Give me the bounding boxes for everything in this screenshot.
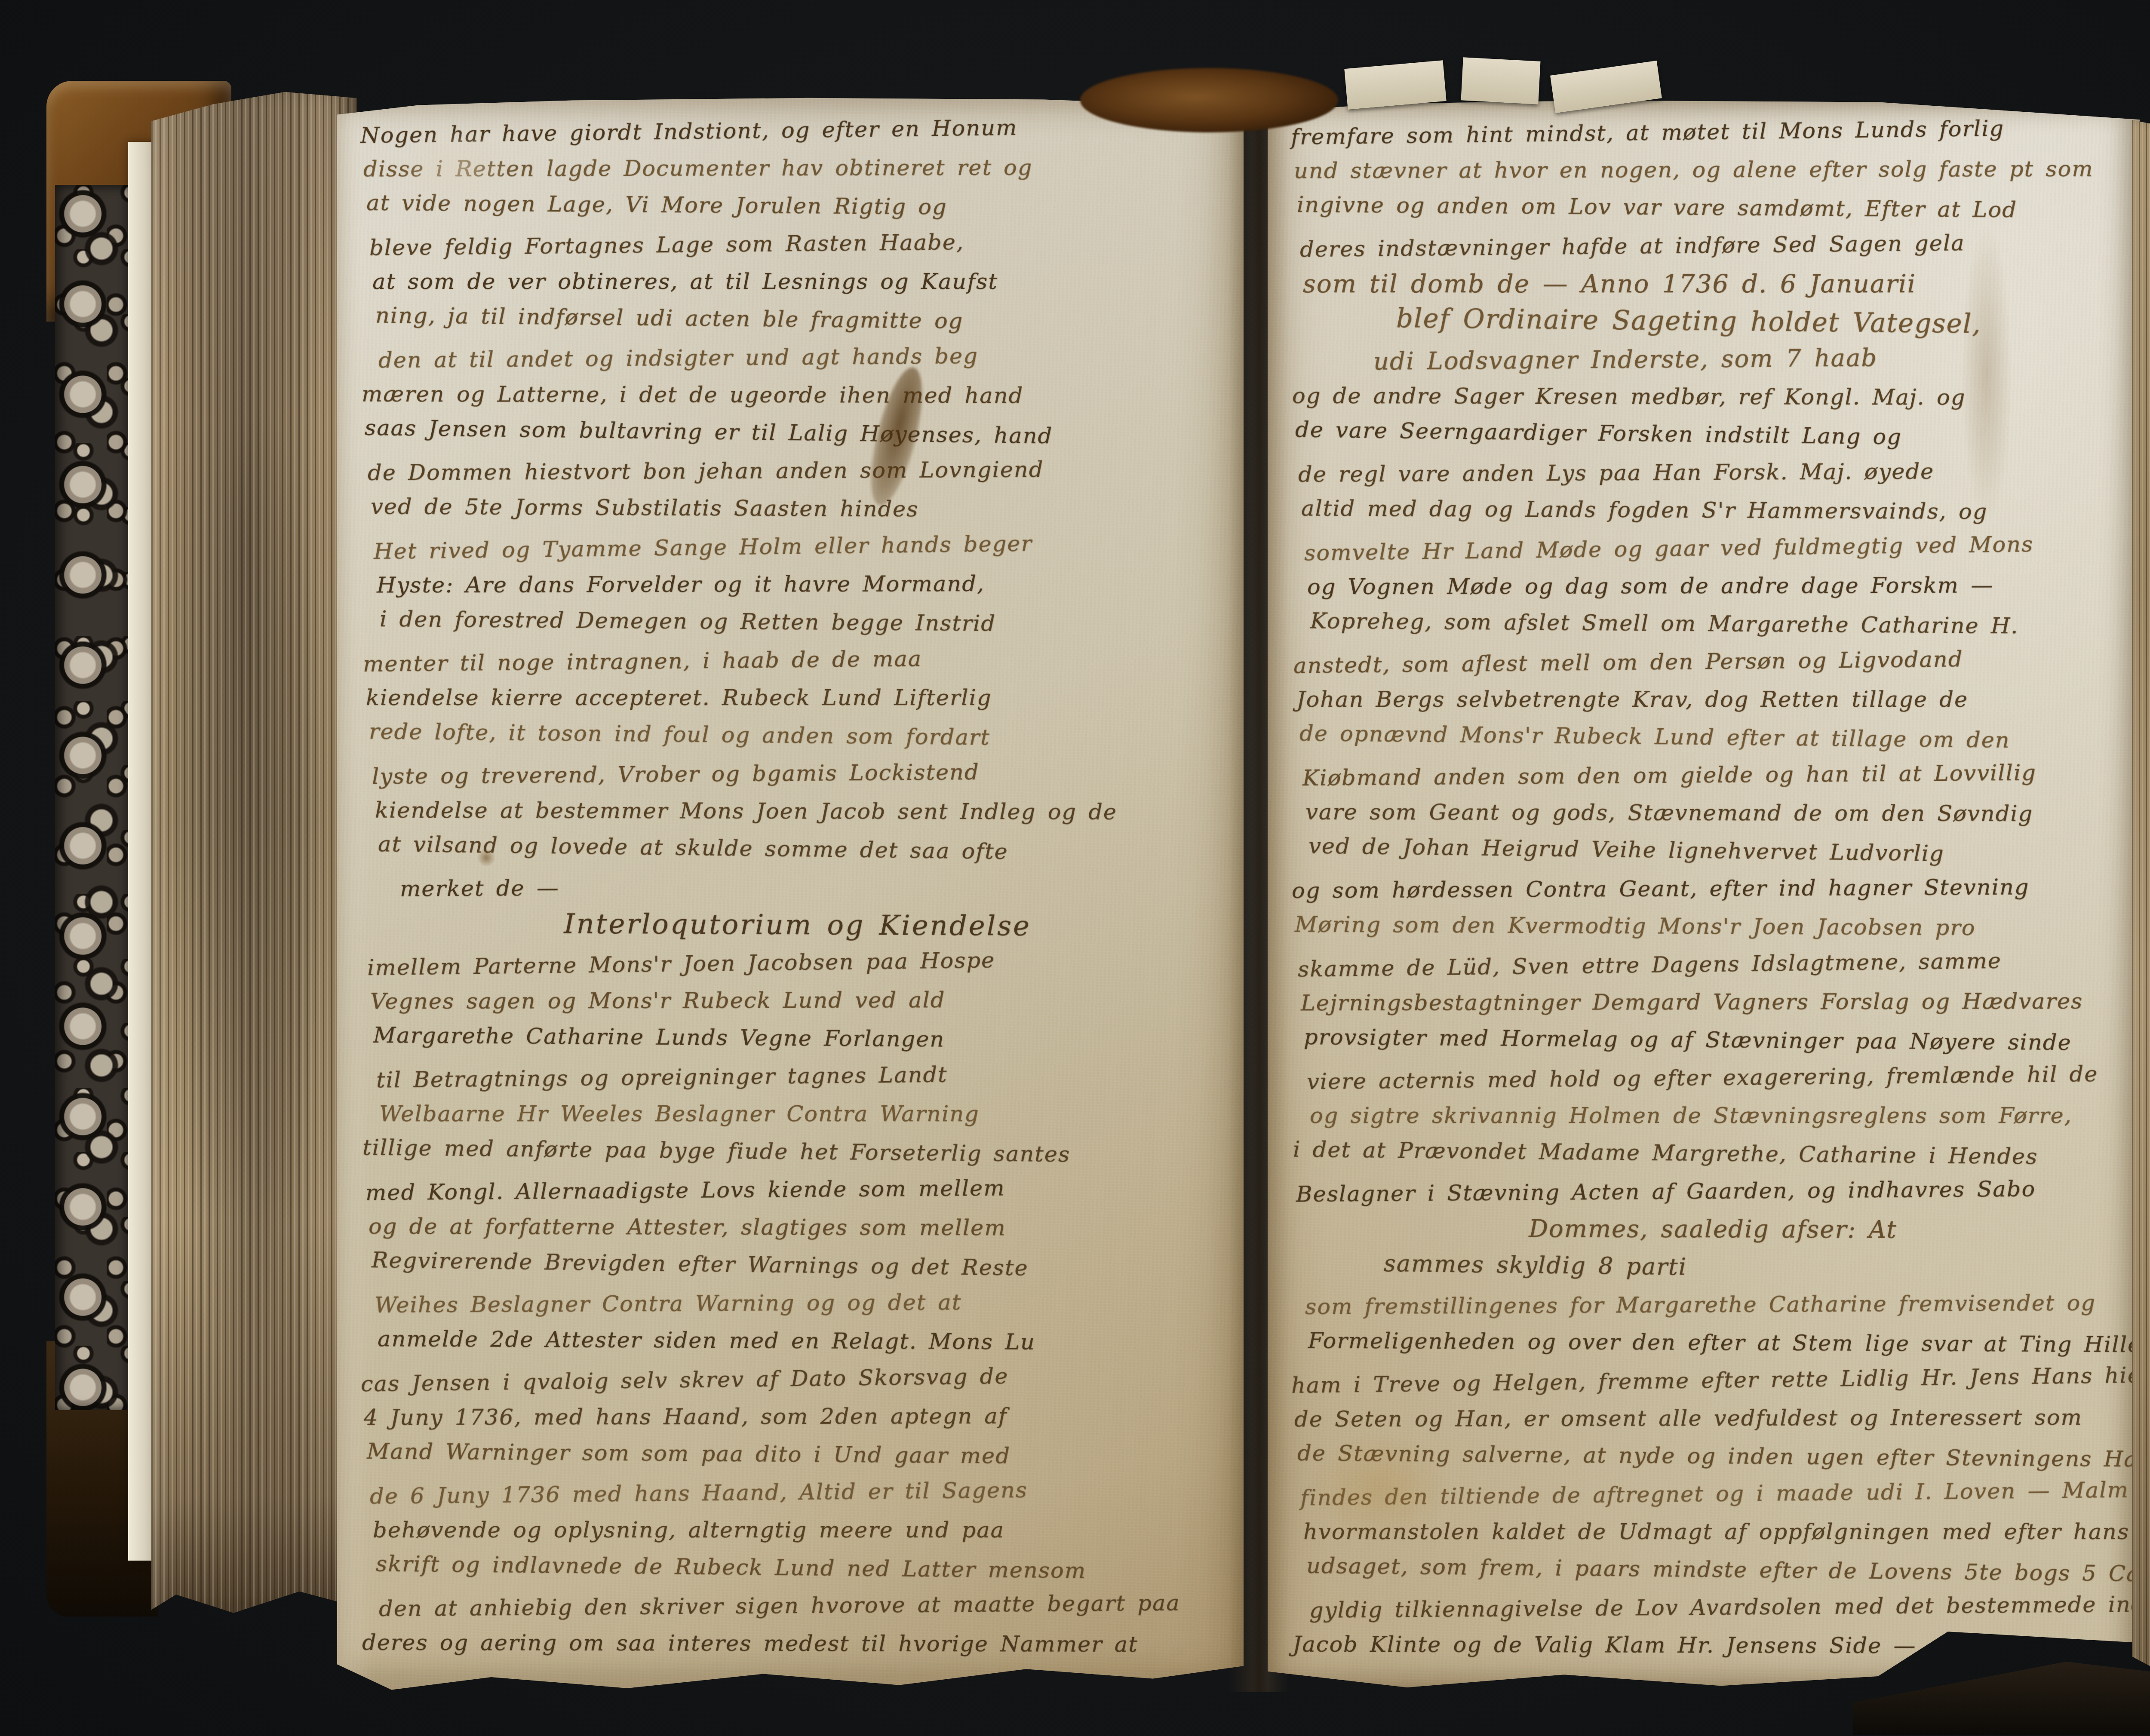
handwriting-line: behøvende og oplysning, alterngtig meere…: [360, 1512, 1231, 1549]
handwriting-line: blef Ordinaire Sageting holdet Vategsel,: [1291, 299, 2127, 345]
handwriting-line: at som de ver obtineres, at til Lesnings…: [360, 263, 1231, 301]
handwriting-line: ved de 5te Jorms Substilatis Saasten hin…: [360, 488, 1231, 530]
marbled-cover-paper: [55, 185, 139, 1410]
handwriting-line: lyste og treverend, Vrober og bgamis Loc…: [360, 752, 1231, 796]
handwriting-line: Møring som den Kvermodtig Mons'r Joen Ja…: [1291, 906, 2127, 948]
handwriting-line: de vare Seerngaardiger Forsken indstilt …: [1291, 411, 2127, 459]
handwriting-line: hvormanstolen kaldet de Udmagt af oppføl…: [1291, 1513, 2127, 1551]
page-edges-right: [2132, 115, 2150, 1690]
handwriting-line: i den forestred Demegen og Retten begge …: [360, 601, 1231, 645]
handwriting-line: de Dommen hiestvort bon jehan anden som …: [360, 450, 1231, 492]
handwriting-line: i det at Prævondet Madame Margrethe, Cat…: [1291, 1131, 2127, 1177]
handwriting-line: Vegnes sagen og Mons'r Rubeck Lund ved a…: [360, 981, 1231, 1021]
handwriting-line: Het rived og Tyamme Sange Holm eller han…: [360, 523, 1231, 571]
spine-head-glue: [1080, 68, 1338, 132]
handwriting-line: Dommes, saaledig afser: At: [1291, 1210, 2127, 1250]
handwriting-line: med Kongl. Allernaadigste Lovs kiende so…: [360, 1168, 1231, 1212]
handwriting-line: menter til noge intragnen, i haab de de …: [360, 637, 1231, 684]
handwriting-line: ingivne og anden om Lov var vare samdømt…: [1291, 186, 2127, 230]
handwriting-line: og de andre Sager Kresen medbør, ref Kon…: [1291, 377, 2127, 417]
handwriting-line: deres indstævninger hafde at indføre Sed…: [1291, 223, 2127, 269]
handwriting-line: ning, ja til indførsel udi acten ble fra…: [360, 297, 1231, 343]
handwriting-line: de regl vare anden Lys paa Han Forsk. Ma…: [1291, 452, 2127, 494]
handwriting-line: cas Jensen i qvaloig selv skrev af Dato …: [360, 1355, 1231, 1404]
handwriting-line: og Vognen Møde og dag som de andre dage …: [1291, 567, 2127, 607]
handwriting-line: og de at forfatterne Attester, slagtiges…: [360, 1208, 1231, 1248]
handwriting-line: som fremstillingenes for Margarethe Cath…: [1291, 1284, 2127, 1326]
handwriting-line: de Stævning salverne, at nyde og inden u…: [1291, 1435, 2127, 1478]
handwriting-line: Beslagner i Stævning Acten af Gaarden, o…: [1291, 1170, 2127, 1214]
handwriting-line: udsaget, som frem, i paars mindste efter…: [1291, 1547, 2127, 1593]
handwriting-line: provsigter med Hormelag og af Stævninger…: [1291, 1018, 2127, 1062]
handwriting-line: kiendelse kierre accepteret. Rubeck Lund…: [360, 679, 1231, 717]
handwriting-line: Kiøbmand anden som den om gielde og han …: [1291, 754, 2127, 797]
handwriting-line: den at til andet og indsigter und agt ha…: [360, 336, 1231, 380]
right-page-text: fremfare som hint mindst, at møtet til M…: [1291, 113, 2127, 1688]
handwriting-line: altid med dag og Lands fogden S'r Hammer…: [1291, 490, 2127, 531]
handwriting-line: vare som Geant og gods, Stævnemand de om…: [1291, 794, 2127, 834]
handwriting-line: Jacob Klinte og de Valig Klam Hr. Jensen…: [1291, 1626, 2127, 1666]
handwriting-line: skamme de Lüd, Sven ettre Dagens Idslagt…: [1291, 941, 2127, 989]
gutter-shadow: [1228, 97, 1288, 1692]
handwriting-line: Margarethe Catharine Lunds Vegne Forlang…: [360, 1017, 1231, 1061]
handwriting-line: at vide nogen Lage, Vi More Jorulen Rigt…: [360, 184, 1231, 229]
handwriting-line: findes den tiltiende de aftregnet og i m…: [1291, 1472, 2127, 1518]
handwriting-line: til Betragtnings og opreigninger tagnes …: [360, 1053, 1231, 1100]
handwriting-line: de 6 Juny 1736 med hans Haand, Altid er …: [360, 1469, 1231, 1516]
handwriting-line: disse i Retten lagde Documenter hav obti…: [360, 149, 1231, 189]
corner-shadow: [1853, 1653, 2150, 1735]
handwriting-line: de opnævnd Mons'r Rubeck Lund efter at t…: [1291, 715, 2127, 761]
handwriting-line: rede lofte, it toson ind foul og anden s…: [360, 713, 1231, 759]
handwriting-line: anmelde 2de Attester siden med en Relagt…: [360, 1320, 1231, 1362]
handwriting-line: at vilsand og lovede at skulde somme det…: [360, 825, 1231, 874]
handwriting-line: tillige med anførte paa byge fiude het F…: [360, 1129, 1231, 1175]
left-page: Nogen har have giordt Indstiont, og efte…: [337, 97, 1244, 1693]
handwriting-line: som til domb de — Anno 1736 d. 6 Januari…: [1291, 265, 2127, 303]
handwriting-line: Interloqutorium og Kiendelse: [360, 904, 1231, 946]
handwriting-line: 4 Juny 1736, med hans Haand, som 2den ap…: [360, 1397, 1231, 1437]
page-edges-left: [151, 84, 357, 1619]
handwriting-line: Kopreheg, som afslet Smell om Margarethe…: [1291, 602, 2127, 646]
handwriting-line: og som hørdessen Contra Geant, efter ind…: [1291, 868, 2127, 910]
handwriting-line: kiendelse at bestemmer Mons Joen Jacob s…: [360, 792, 1231, 832]
handwriting-line: Lejrningsbestagtninger Demgard Vagners F…: [1291, 983, 2127, 1023]
handwriting-line: og sigtre skrivannig Holmen de Stævnings…: [1291, 1097, 2127, 1135]
handwriting-line: Johan Bergs selvbetrengte Krav, dog Rett…: [1291, 681, 2127, 719]
handwriting-line: Formeligenheden og over den efter at Ste…: [1291, 1322, 2127, 1364]
handwriting-line: Weihes Beslagner Contra Warning og og de…: [360, 1282, 1231, 1325]
handwriting-line: anstedt, som aflest mell om den Persøn o…: [1291, 639, 2127, 685]
handwriting-line: saas Jensen som bultavring er til Lalig …: [360, 409, 1231, 458]
handwriting-line: Regvirerende Brevigden efter Warnings og…: [360, 1242, 1231, 1290]
handwriting-line: de Seten og Han, er omsent alle vedfulde…: [1291, 1399, 2127, 1439]
torn-paper-tab: [1461, 57, 1541, 104]
handwriting-line: ved de Johan Heigrud Veihe lignehvervet …: [1291, 827, 2127, 875]
handwriting-line: bleve feldig Fortagnes Lage som Rasten H…: [360, 221, 1231, 267]
handwriting-line: skrift og indlavnede de Rubeck Lund ned …: [360, 1545, 1231, 1592]
handwriting-line: ham i Treve og Helgen, fremme efter rett…: [1291, 1357, 2127, 1405]
manuscript-photo: C tsen,Sidieanchenffr:mchnüsisbo,GilhigL…: [0, 0, 2150, 1736]
handwriting-line: somvelte Hr Land Møde og gaar ved fuldme…: [1291, 524, 2127, 573]
handwriting-line: deres og aering om saa interes medest ti…: [360, 1624, 1231, 1664]
handwriting-line: gyldig tilkiennagivelse de Lov Avardsole…: [1291, 1586, 2127, 1630]
handwriting-line: udi Lodsvagner Inderste, som 7 haab: [1291, 337, 2127, 381]
handwriting-line: viere acternis med hold og efter exagere…: [1291, 1055, 2127, 1101]
handwriting-line: Welbaarne Hr Weeles Beslagner Contra War…: [360, 1095, 1231, 1133]
handwriting-line: merket de —: [360, 866, 1231, 908]
right-page: fremfare som hint mindst, at møtet til M…: [1268, 99, 2140, 1692]
handwriting-line: sammes skyldig 8 parti: [1291, 1243, 2127, 1291]
handwriting-line: und stævner at hvor en nogen, og alene e…: [1291, 150, 2127, 190]
handwriting-line: Mand Warninger som som paa dito i Und ga…: [360, 1433, 1231, 1477]
handwriting-line: Hyste: Are dans Forvelder og it havre Mo…: [360, 565, 1231, 605]
torn-paper-tab: [1344, 60, 1446, 110]
handwriting-line: fremfare som hint mindst, at møtet til M…: [1291, 108, 2127, 156]
handwriting-line: mæren og Latterne, i det de ugeorde ihen…: [360, 376, 1231, 416]
handwriting-line: den at anhiebig den skriver sigen hvorov…: [360, 1584, 1231, 1629]
left-page-text: Nogen har have giordt Indstiont, og efte…: [360, 112, 1231, 1689]
handwriting-line: imellem Parterne Mons'r Joen Jacobsen pa…: [360, 939, 1231, 988]
